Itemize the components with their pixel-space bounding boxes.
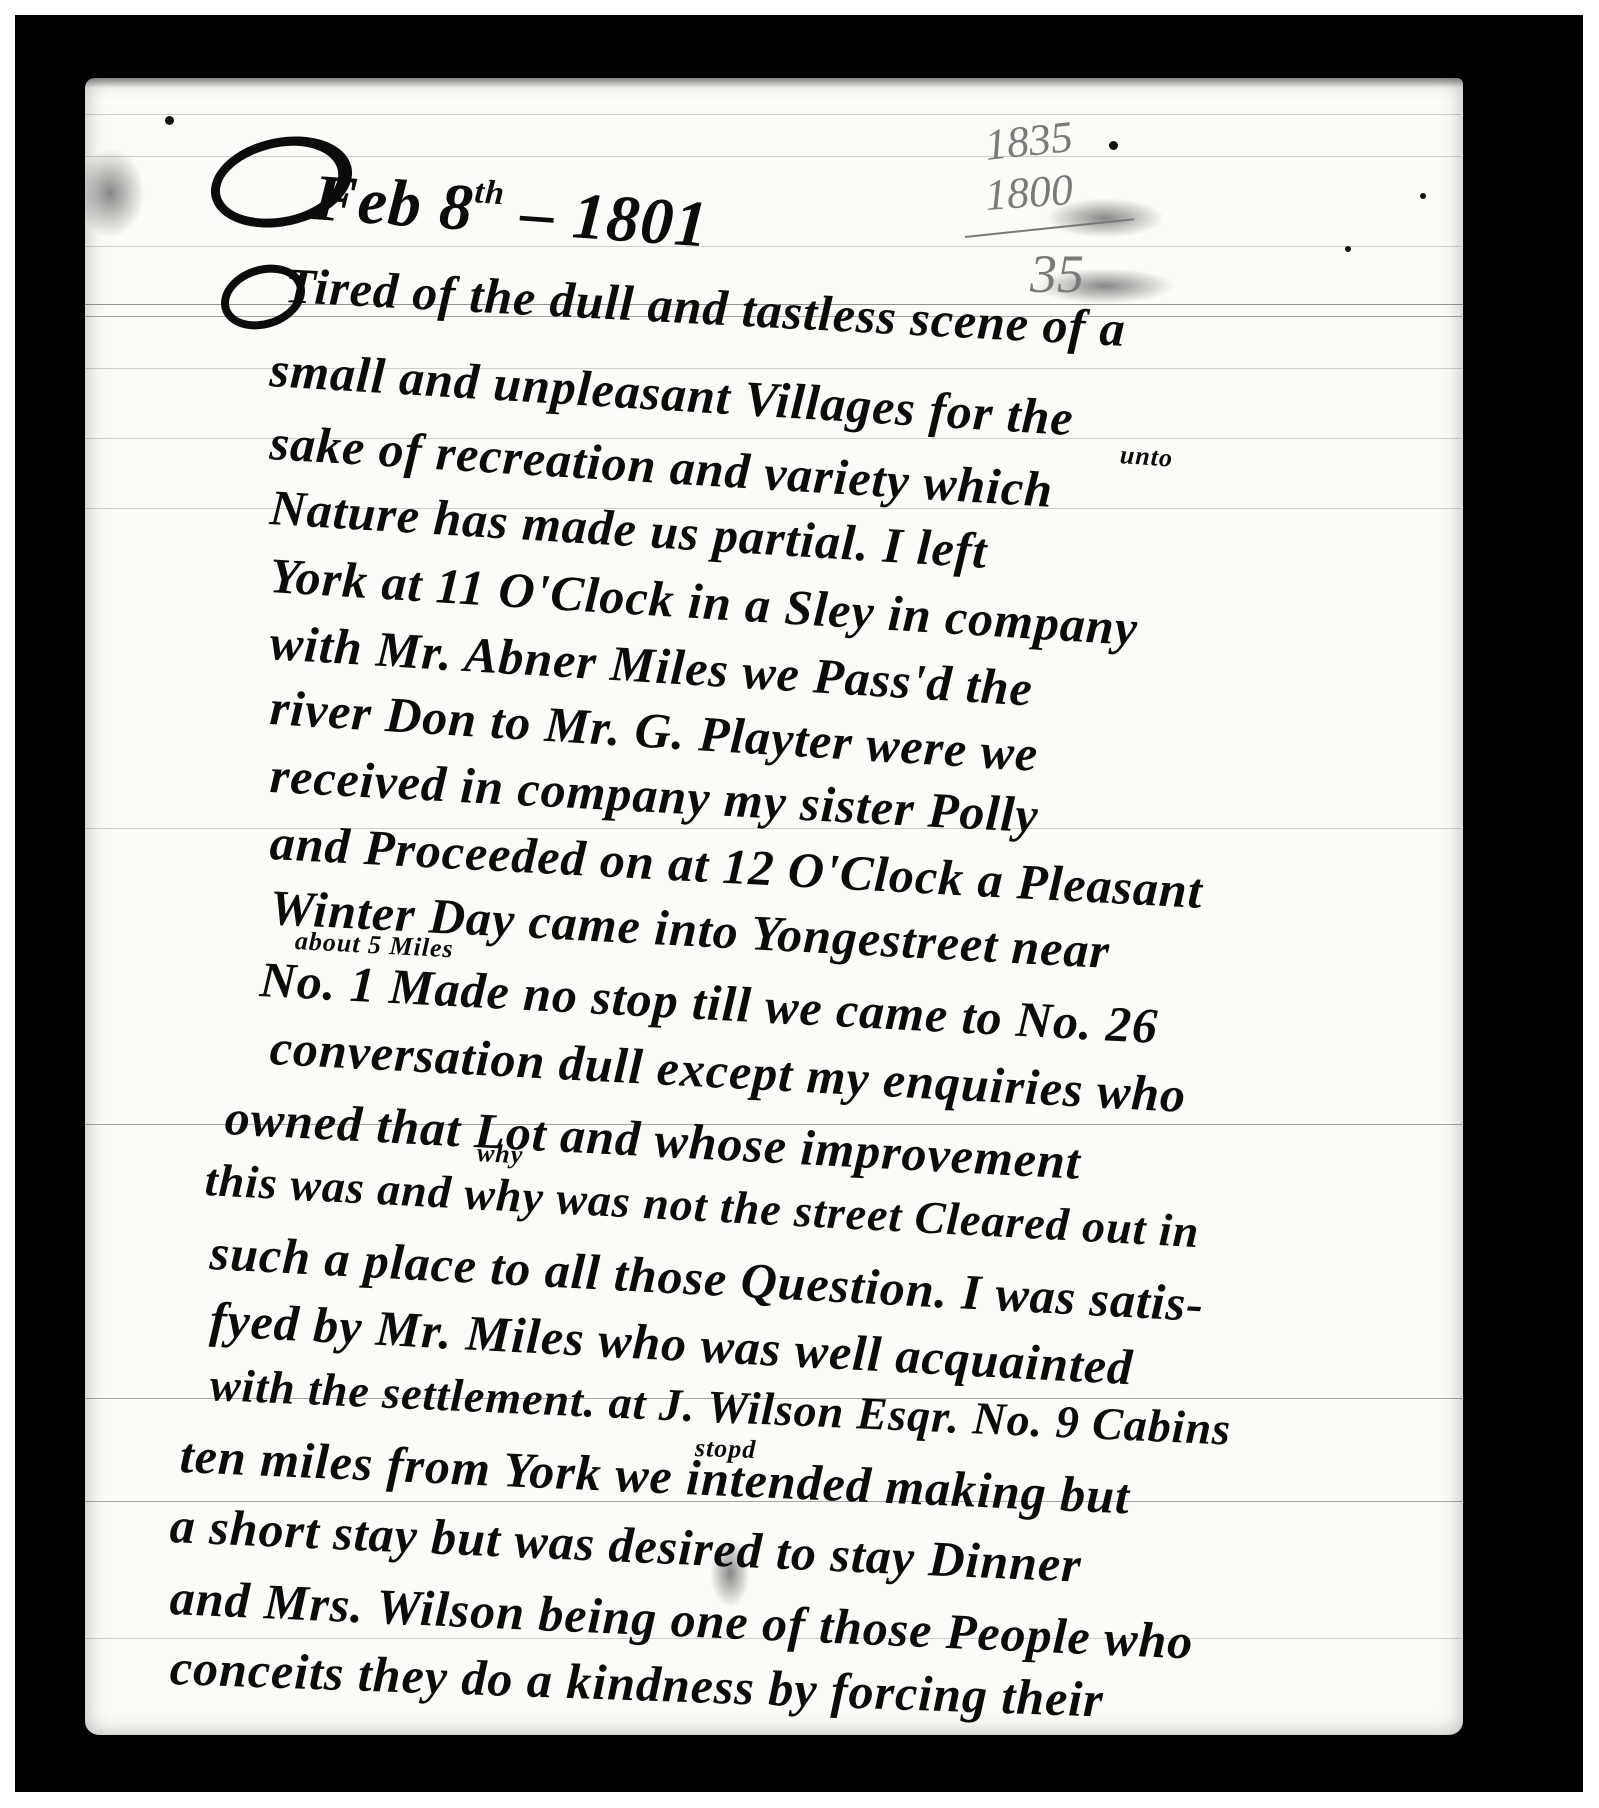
entry-date: Feb 8th – 1801 [310, 160, 711, 263]
ink-speck [1345, 246, 1351, 252]
date-day-suffix: th [473, 173, 506, 212]
interlinear-insert-unto: unto [1119, 440, 1174, 474]
ink-speck [1109, 141, 1118, 150]
interlinear-insert-why: why [476, 1138, 524, 1170]
ink-speck [165, 116, 174, 125]
scan-frame: 1835 1800 35 Feb 8th – 1801 Tired of the… [15, 15, 1583, 1792]
date-month: Feb [310, 161, 424, 241]
manuscript-line-1: Tired of the dull and tastless scene of … [283, 256, 1127, 358]
pencil-annotation-middle: 1800 [983, 164, 1074, 221]
date-day: 8 [437, 170, 476, 245]
ruled-line [85, 114, 1463, 115]
stain [85, 148, 145, 238]
pencil-annotation-top: 1835 [982, 111, 1075, 171]
ruled-line [85, 246, 1463, 247]
date-year: 1801 [570, 179, 711, 261]
manuscript-page: 1835 1800 35 Feb 8th – 1801 Tired of the… [85, 78, 1463, 1735]
ink-speck [1420, 193, 1426, 199]
